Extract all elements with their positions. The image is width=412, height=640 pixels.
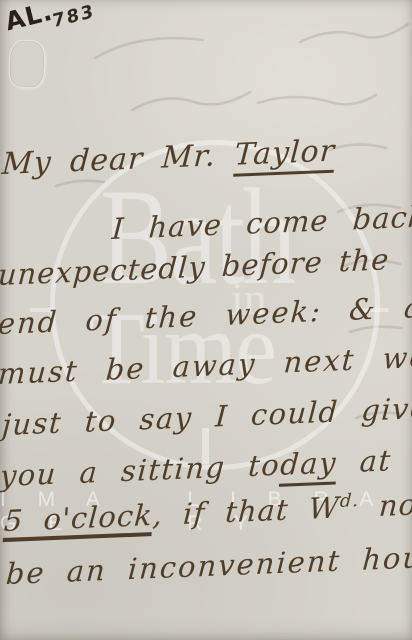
line-text: at: [336, 443, 393, 479]
line-text: be an inconvenient hour.: [5, 539, 412, 591]
letter-line: you a sitting today at: [0, 443, 393, 493]
underlined-time: 5 o'clock: [3, 498, 154, 538]
letter-line: be an inconvenient hour.: [5, 539, 412, 591]
underlined-word: day: [279, 445, 338, 481]
superscript-abbrev: d.: [339, 490, 360, 512]
recipient-name: Taylor: [233, 134, 336, 173]
item-number: 783: [52, 1, 97, 33]
line-text: you a sitting to: [0, 448, 281, 493]
embossed-stamp: [8, 39, 46, 89]
line-text: not: [358, 487, 412, 524]
archival-mark: AL.: [2, 0, 55, 36]
letter-photograph: Bath in Time I M A G E L I B R A R Y AL.…: [0, 0, 412, 640]
